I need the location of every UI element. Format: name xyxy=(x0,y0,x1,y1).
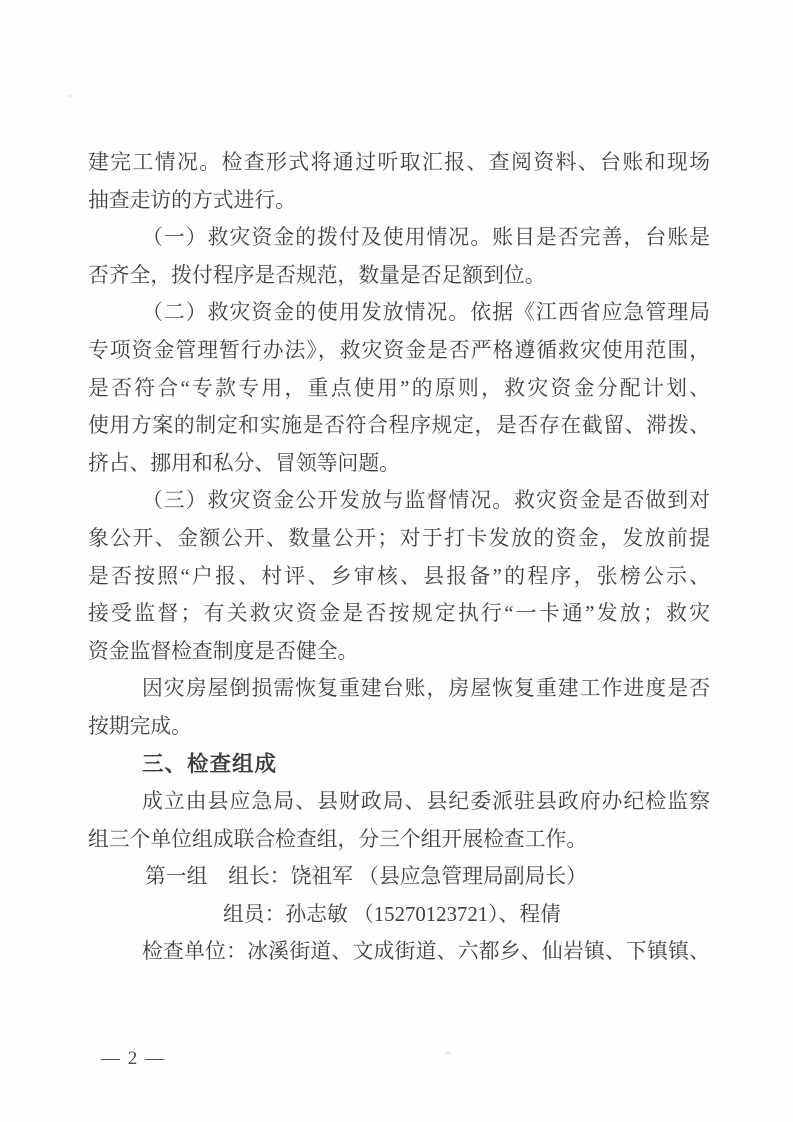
page-number: — 2 — xyxy=(101,1048,166,1070)
text-line: （二）救灾资金的使用发放情况。依据《江西省应急管理局 xyxy=(88,294,710,332)
text-line: 象公开、金额公开、数量公开；对于打卡发放的资金，发放前提 xyxy=(88,520,710,558)
text-line: 接受监督；有关救灾资金是否按规定执行“一卡通”发放；救灾 xyxy=(88,595,710,633)
text-line: 第一组 组长：饶祖军 （县应急管理局副局长） xyxy=(88,858,710,896)
text-line: 使用方案的制定和实施是否符合程序规定，是否存在截留、滞拨、 xyxy=(88,407,710,445)
scan-speck xyxy=(446,1051,450,1055)
document-page: 建完工情况。检查形式将通过听取汇报、查阅资料、台账和现场抽查走访的方式进行。（一… xyxy=(0,0,793,1122)
text-line: 检查单位：冰溪街道、文成街道、六都乡、仙岩镇、下镇镇、 xyxy=(88,933,710,971)
text-line: （三）救灾资金公开发放与监督情况。救灾资金是否做到对 xyxy=(88,482,710,520)
text-line: 三、检查组成 xyxy=(88,746,710,784)
text-line: 组三个单位组成联合检查组，分三个组开展检查工作。 xyxy=(88,821,710,859)
text-line: 专项资金管理暂行办法》，救灾资金是否严格遵循救灾使用范围， xyxy=(88,332,710,370)
scan-speck xyxy=(68,94,72,98)
text-line: 是否符合“专款专用，重点使用”的原则，救灾资金分配计划、 xyxy=(88,370,710,408)
text-line: 资金监督检查制度是否健全。 xyxy=(88,633,710,671)
text-line: 建完工情况。检查形式将通过听取汇报、查阅资料、台账和现场 xyxy=(88,144,710,182)
text-line: 挤占、挪用和私分、冒领等问题。 xyxy=(88,445,710,483)
document-body: 建完工情况。检查形式将通过听取汇报、查阅资料、台账和现场抽查走访的方式进行。（一… xyxy=(88,144,710,971)
text-line: （一）救灾资金的拨付及使用情况。账目是否完善，台账是 xyxy=(88,219,710,257)
text-line: 是否按照“户报、村评、乡审核、县报备”的程序，张榜公示、 xyxy=(88,558,710,596)
text-line: 按期完成。 xyxy=(88,708,710,746)
text-line: 因灾房屋倒损需恢复重建台账，房屋恢复重建工作进度是否 xyxy=(88,670,710,708)
text-line: 抽查走访的方式进行。 xyxy=(88,182,710,220)
text-line: 成立由县应急局、县财政局、县纪委派驻县政府办纪检监察 xyxy=(88,783,710,821)
text-line: 组员：孙志敏 （15270123721）、程倩 xyxy=(88,896,710,934)
text-line: 否齐全，拨付程序是否规范，数量是否足额到位。 xyxy=(88,257,710,295)
